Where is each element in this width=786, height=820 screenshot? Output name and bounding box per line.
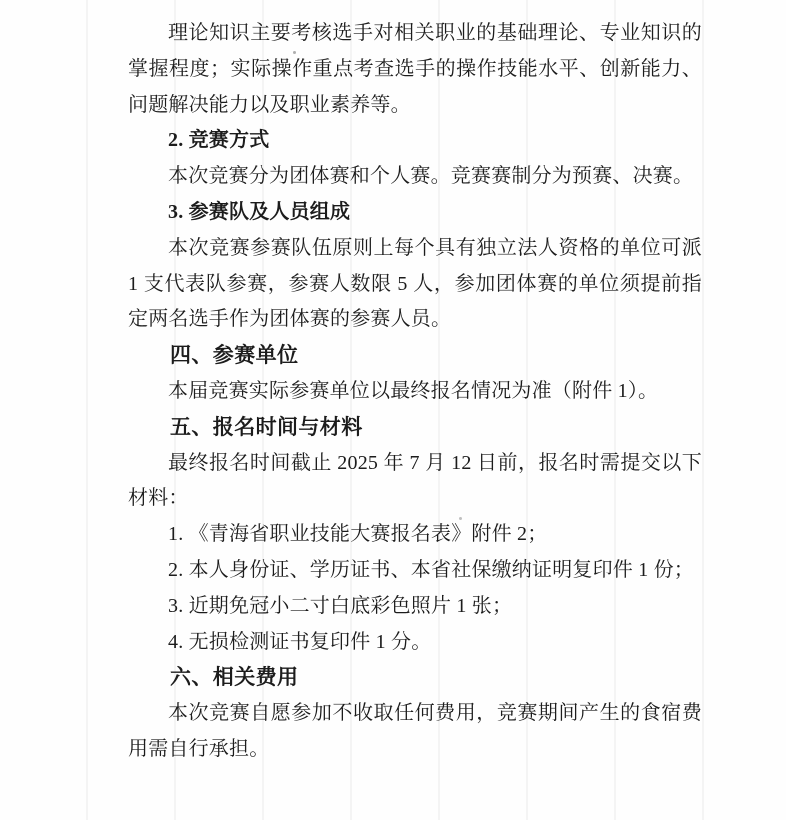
document-text-block: 理论知识主要考核选手对相关职业的基础理论、专业知识的掌握程度；实际操作重点考查选… <box>128 16 702 768</box>
list-item-photo: 3. 近期免冠小二寸白底彩色照片 1 张； <box>128 589 702 625</box>
document-page: 理论知识主要考核选手对相关职业的基础理论、专业知识的掌握程度；实际操作重点考查选… <box>0 0 786 820</box>
paragraph-theory-knowledge: 理论知识主要考核选手对相关职业的基础理论、专业知识的掌握程度；实际操作重点考查选… <box>128 16 702 123</box>
paragraph-registration-deadline: 最终报名时间截止 2025 年 7 月 12 日前，报名时需提交以下材料： <box>128 446 702 518</box>
heading-registration-time-materials: 五、报名时间与材料 <box>128 410 702 446</box>
heading-participating-units: 四、参赛单位 <box>128 338 702 374</box>
subheading-team-composition: 3. 参赛队及人员组成 <box>128 195 702 231</box>
scan-speck <box>459 517 462 520</box>
list-item-id-documents: 2. 本人身份证、学历证书、本省社保缴纳证明复印件 1 份； <box>128 553 702 589</box>
paragraph-team-composition: 本次竞赛参赛队伍原则上每个具有独立法人资格的单位可派 1 支代表队参赛，参赛人数… <box>128 231 702 338</box>
list-item-ndt-certificate: 4. 无损检测证书复印件 1 分。 <box>128 625 702 661</box>
paragraph-fees: 本次竞赛自愿参加不收取任何费用，竞赛期间产生的食宿费用需自行承担。 <box>128 696 702 768</box>
heading-related-fees: 六、相关费用 <box>128 660 702 696</box>
scan-speck <box>293 51 296 54</box>
paragraph-participating-units: 本届竞赛实际参赛单位以最终报名情况为准（附件 1）。 <box>128 374 702 410</box>
list-item-registration-form: 1. 《青海省职业技能大赛报名表》附件 2； <box>128 517 702 553</box>
subheading-competition-format: 2. 竞赛方式 <box>128 123 702 159</box>
paragraph-competition-format: 本次竞赛分为团体赛和个人赛。竞赛赛制分为预赛、决赛。 <box>128 159 702 195</box>
